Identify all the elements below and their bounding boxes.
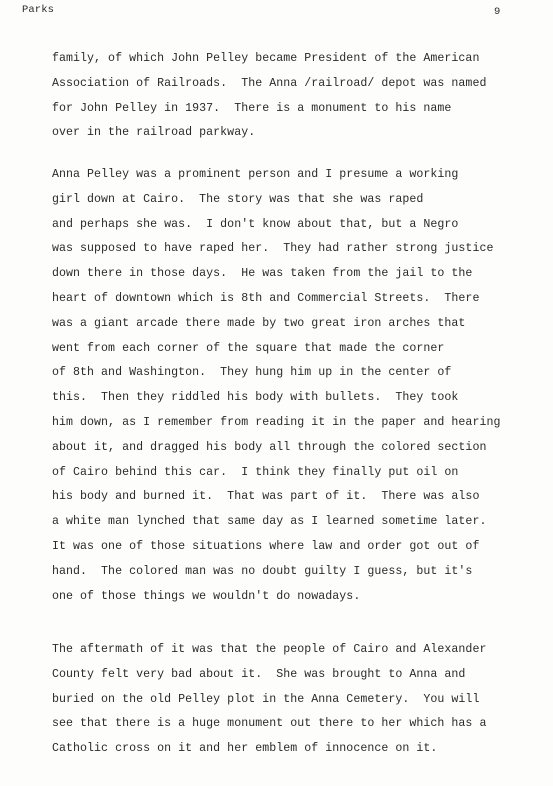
paragraph-1: family, of which John Pelley became Pres… bbox=[52, 47, 486, 146]
text-line: heart of downtown which is 8th and Comme… bbox=[52, 287, 500, 312]
text-line: his body and burned it. That was part of… bbox=[52, 485, 500, 510]
page-number: 9 bbox=[494, 6, 500, 18]
text-line: and perhaps she was. I don't know about … bbox=[52, 213, 500, 238]
text-line: Anna Pelley was a prominent person and I… bbox=[52, 163, 500, 188]
paragraph-3: The aftermath of it was that the people … bbox=[52, 638, 486, 762]
text-line: for John Pelley in 1937. There is a monu… bbox=[52, 97, 486, 122]
paragraph-2: Anna Pelley was a prominent person and I… bbox=[52, 163, 500, 609]
text-line: County felt very bad about it. She was b… bbox=[52, 663, 486, 688]
text-line: of Cairo behind this car. I think they f… bbox=[52, 461, 500, 486]
text-line: The aftermath of it was that the people … bbox=[52, 638, 486, 663]
text-line: went from each corner of the square that… bbox=[52, 337, 500, 362]
text-line: about it, and dragged his body all throu… bbox=[52, 436, 500, 461]
text-line: family, of which John Pelley became Pres… bbox=[52, 47, 486, 72]
text-line: was a giant arcade there made by two gre… bbox=[52, 312, 500, 337]
text-line: one of those things we wouldn't do nowad… bbox=[52, 585, 500, 610]
text-line: a white man lynched that same day as I l… bbox=[52, 510, 500, 535]
text-line: Association of Railroads. The Anna /rail… bbox=[52, 72, 486, 97]
text-line: buried on the old Pelley plot in the Ann… bbox=[52, 688, 486, 713]
text-line: was supposed to have raped her. They had… bbox=[52, 237, 500, 262]
text-line: hand. The colored man was no doubt guilt… bbox=[52, 560, 500, 585]
text-line: It was one of those situations where law… bbox=[52, 535, 500, 560]
text-line: down there in those days. He was taken f… bbox=[52, 262, 500, 287]
text-line: over in the railroad parkway. bbox=[52, 121, 486, 146]
text-line: girl down at Cairo. The story was that s… bbox=[52, 188, 500, 213]
text-line: see that there is a huge monument out th… bbox=[52, 712, 486, 737]
page-header-author: Parks bbox=[22, 4, 54, 16]
text-line: Catholic cross on it and her emblem of i… bbox=[52, 737, 486, 762]
text-line: this. Then they riddled his body with bu… bbox=[52, 386, 500, 411]
text-line: of 8th and Washington. They hung him up … bbox=[52, 361, 500, 386]
text-line: him down, as I remember from reading it … bbox=[52, 411, 500, 436]
